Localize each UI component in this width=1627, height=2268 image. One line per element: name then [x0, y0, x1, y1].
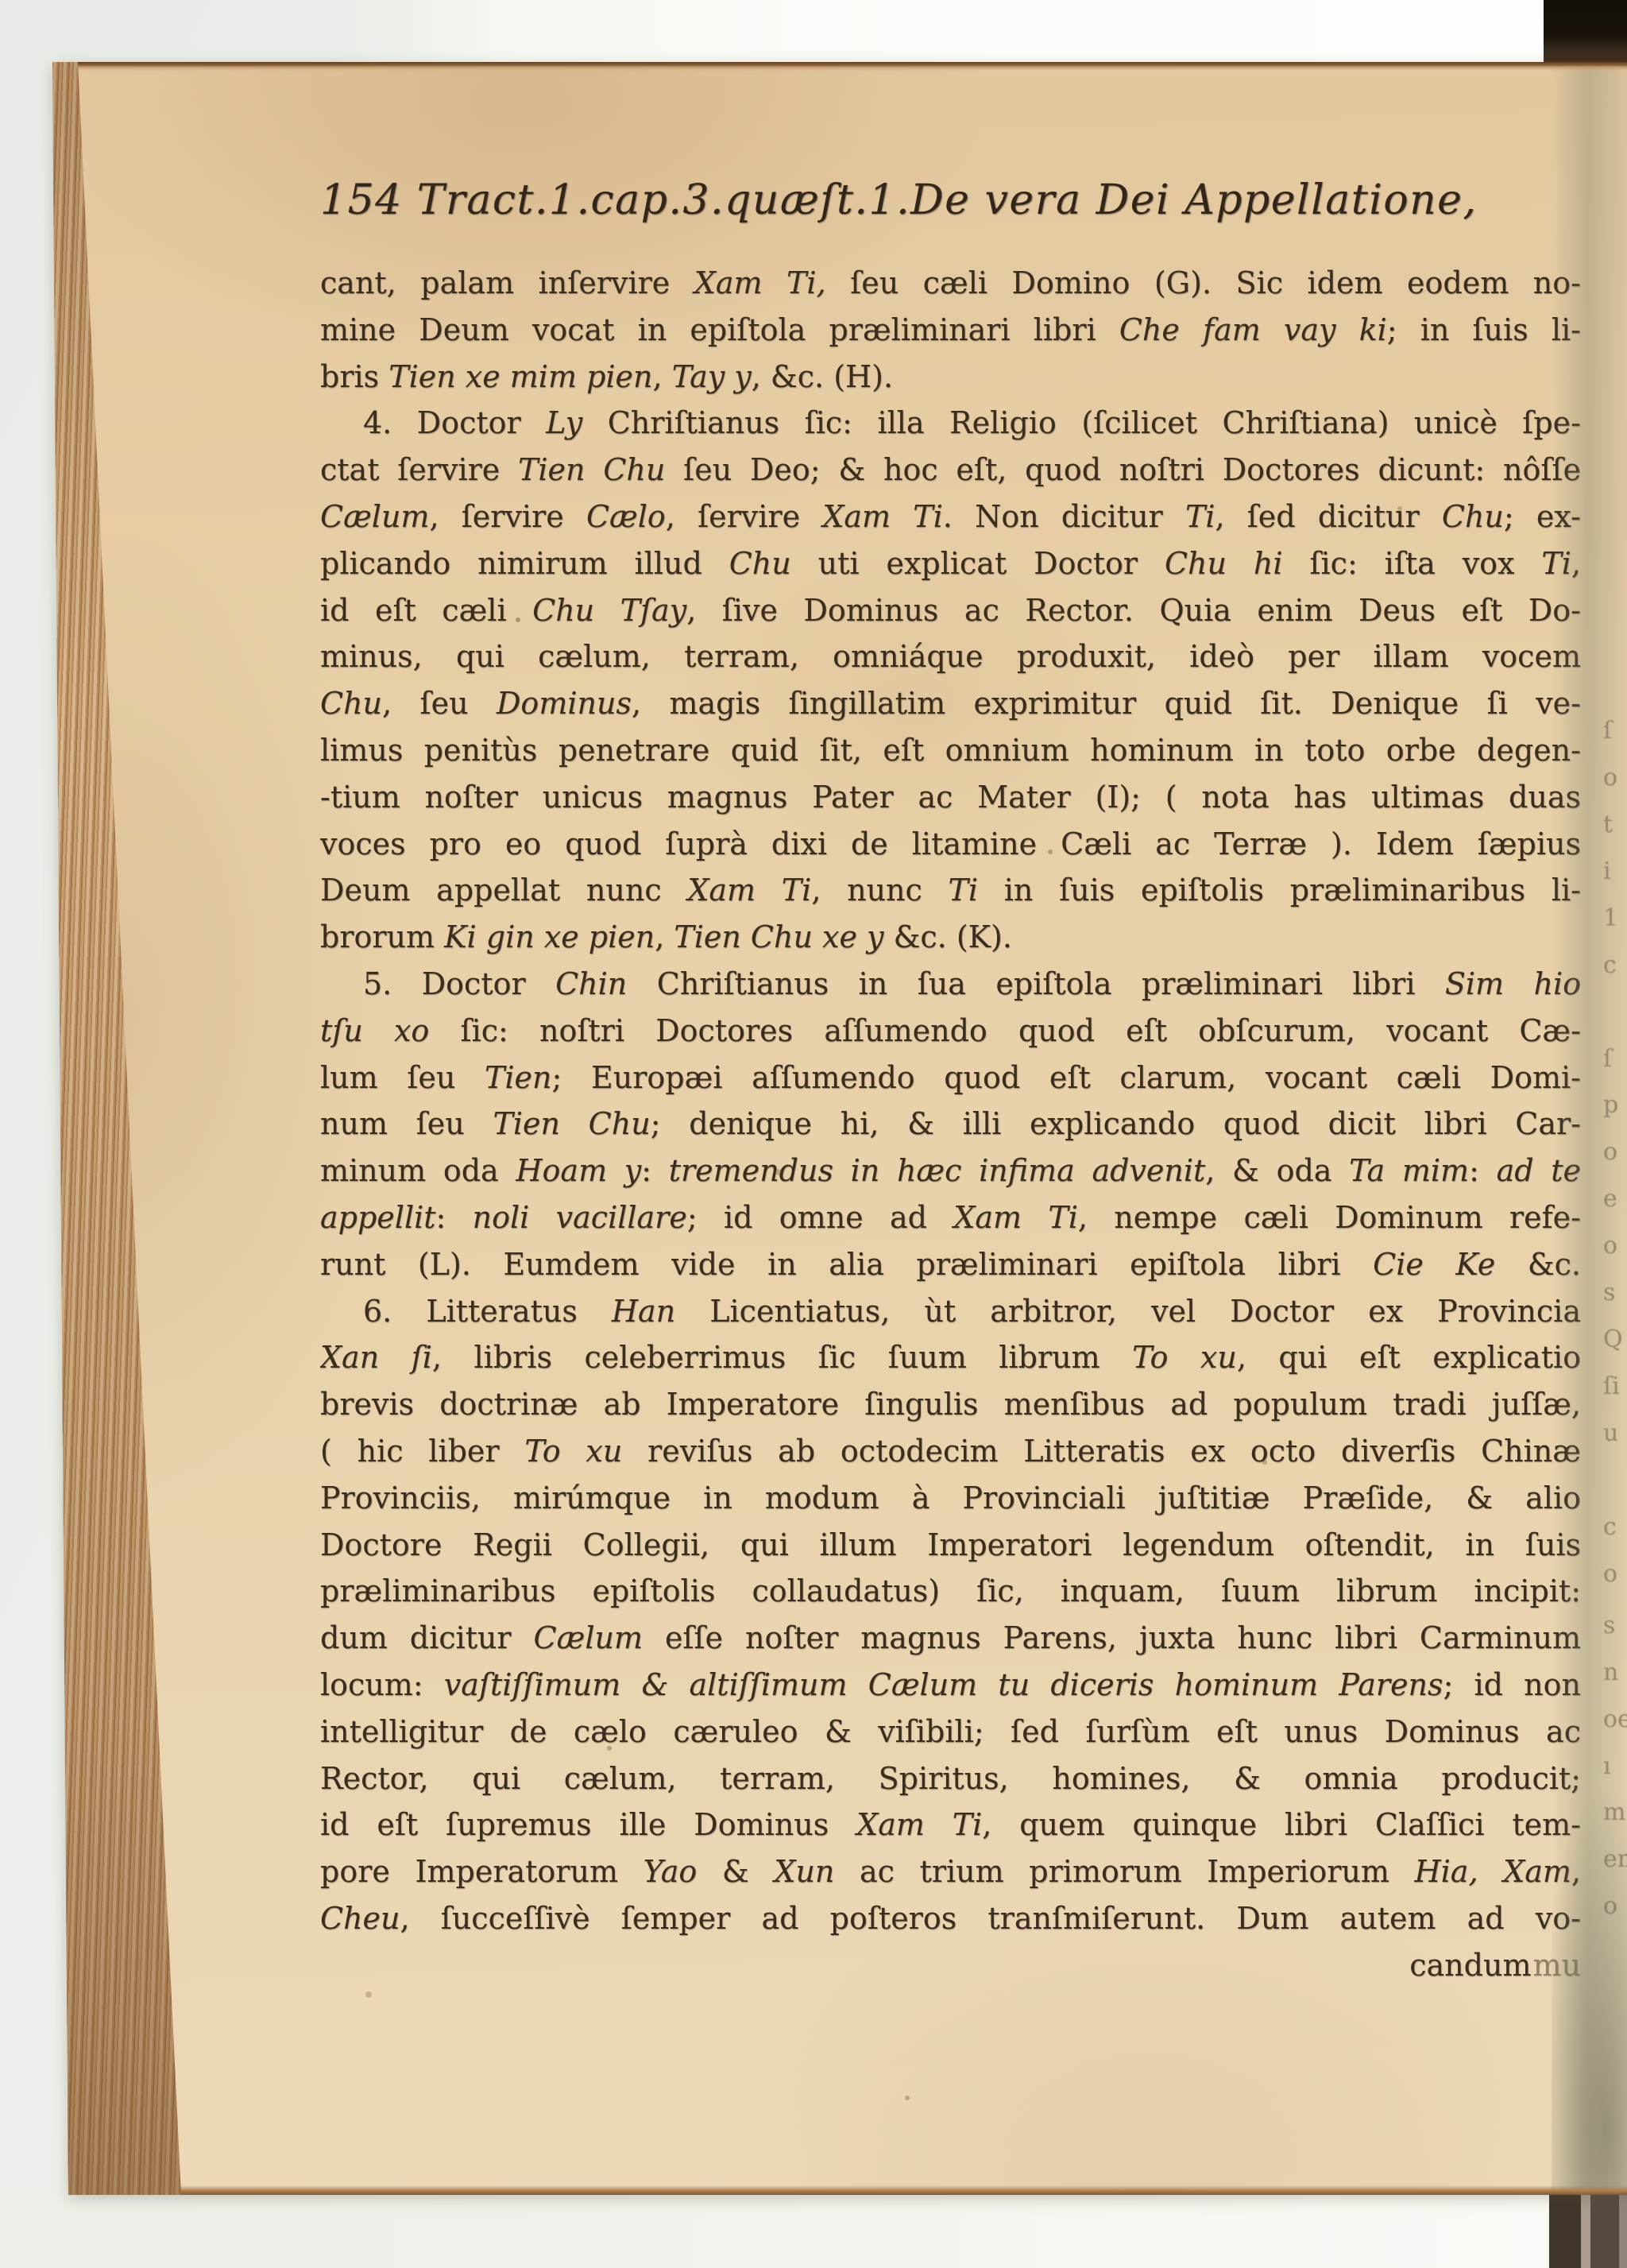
- book-page: 154 Tract.1.cap.3.quæſt.1.De vera Dei Ap…: [48, 62, 1627, 2195]
- gutter-shadow: [1552, 62, 1627, 2195]
- bookmark-ribbon-bottom-right: [1549, 2187, 1627, 2268]
- scan-background: 154 Tract.1.cap.3.quæſt.1.De vera Dei Ap…: [0, 0, 1627, 2268]
- page-paper: 154 Tract.1.cap.3.quæſt.1.De vera Dei Ap…: [48, 62, 1627, 2195]
- backdrop-sheet-bottom: [0, 2190, 1627, 2268]
- facing-page-fragments: ſoti1cſpoeosQſiucosnoeımemo: [48, 62, 1627, 2195]
- paper-specks: [48, 62, 51, 65]
